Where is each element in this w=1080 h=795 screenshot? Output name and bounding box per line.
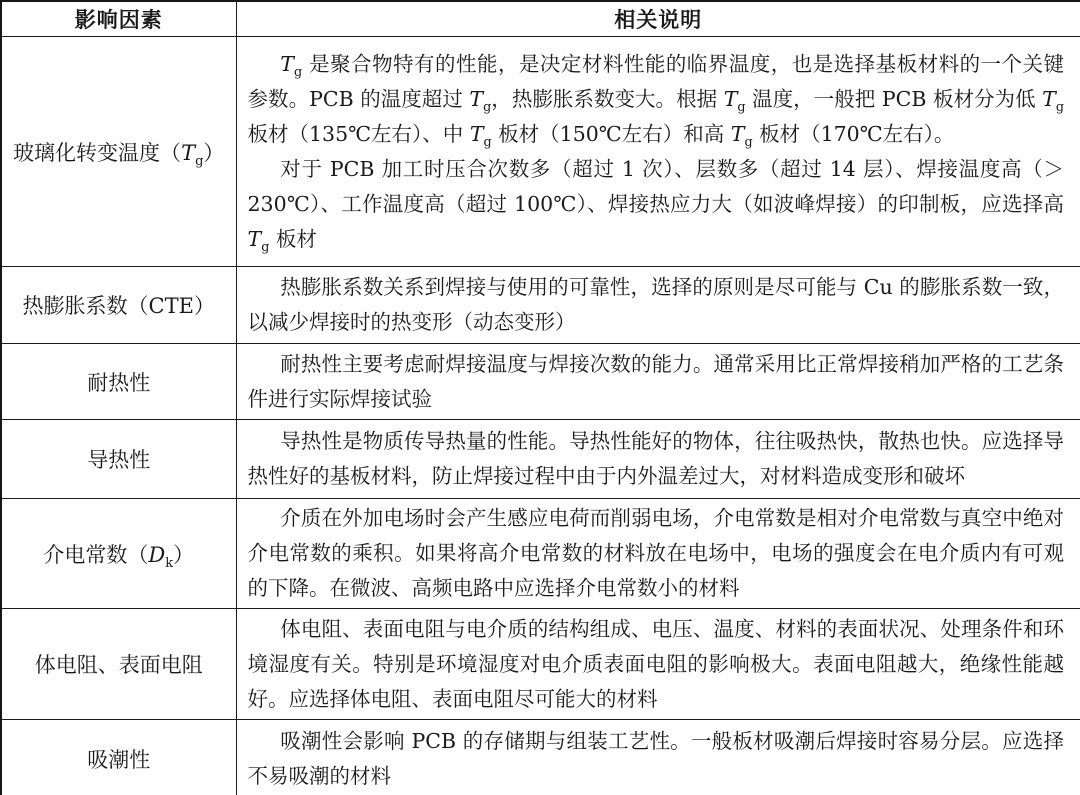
factor-cell: 介电常数（Dk） xyxy=(1,499,236,609)
description-paragraph: 热膨胀系数关系到焊接与使用的可靠性，选择的原则是尽可能与 Cu 的膨胀系数一致，… xyxy=(248,270,1065,340)
header-row: 影响因素 相关说明 xyxy=(1,1,1080,37)
description-paragraph: 介质在外加电场时会产生感应电荷而削弱电场，介电常数是相对介电常数与真空中绝对介电… xyxy=(248,501,1065,606)
description-cell: 热膨胀系数关系到焊接与使用的可靠性，选择的原则是尽可能与 Cu 的膨胀系数一致，… xyxy=(236,267,1080,344)
factor-cell: 体电阻、表面电阻 xyxy=(1,609,236,720)
description-cell: Tg 是聚合物特有的性能，是决定材料性能的临界温度，也是选择基板材料的一个关键参… xyxy=(236,37,1080,267)
description-cell: 介质在外加电场时会产生感应电荷而削弱电场，介电常数是相对介电常数与真空中绝对介电… xyxy=(236,499,1080,609)
description-paragraph: 体电阻、表面电阻与电介质的结构组成、电压、温度、材料的表面状况、处理条件和环境湿… xyxy=(248,612,1065,717)
table-row: 吸潮性 吸潮性会影响 PCB 的存储期与组装工艺性。一般板材吸潮后焊接时容易分层… xyxy=(1,720,1080,795)
factor-cell: 耐热性 xyxy=(1,344,236,420)
table-row: 耐热性 耐热性主要考虑耐焊接温度与焊接次数的能力。通常采用比正常焊接稍加严格的工… xyxy=(1,344,1080,420)
document-page: 影响因素 相关说明 玻璃化转变温度（Tg） Tg 是聚合物特有的性能，是决定材料… xyxy=(0,0,1080,795)
description-cell: 导热性是物质传导热量的性能。导热性能好的物体，往往吸热快，散热也快。应选择导热性… xyxy=(236,420,1080,499)
table-row: 玻璃化转变温度（Tg） Tg 是聚合物特有的性能，是决定材料性能的临界温度，也是… xyxy=(1,37,1080,267)
table-row: 导热性 导热性是物质传导热量的性能。导热性能好的物体，往往吸热快，散热也快。应选… xyxy=(1,420,1080,499)
factor-cell: 导热性 xyxy=(1,420,236,499)
description-paragraph: 吸潮性会影响 PCB 的存储期与组装工艺性。一般板材吸潮后焊接时容易分层。应选择… xyxy=(248,724,1065,794)
header-factor: 影响因素 xyxy=(1,1,236,37)
description-paragraph: 耐热性主要考虑耐焊接温度与焊接次数的能力。通常采用比正常焊接稍加严格的工艺条件进… xyxy=(248,347,1065,417)
description-cell: 耐热性主要考虑耐焊接温度与焊接次数的能力。通常采用比正常焊接稍加严格的工艺条件进… xyxy=(236,344,1080,420)
description-paragraph: 对于 PCB 加工时压合次数多（超过 1 次）、层数多（超过 14 层）、焊接温… xyxy=(248,152,1065,257)
table-row: 体电阻、表面电阻 体电阻、表面电阻与电介质的结构组成、电压、温度、材料的表面状况… xyxy=(1,609,1080,720)
description-paragraph: Tg 是聚合物特有的性能，是决定材料性能的临界温度，也是选择基板材料的一个关键参… xyxy=(248,47,1065,152)
description-paragraph: 导热性是物质传导热量的性能。导热性能好的物体，往往吸热快，散热也快。应选择导热性… xyxy=(248,424,1065,494)
table-row: 介电常数（Dk） 介质在外加电场时会产生感应电荷而削弱电场，介电常数是相对介电常… xyxy=(1,499,1080,609)
description-cell: 体电阻、表面电阻与电介质的结构组成、电压、温度、材料的表面状况、处理条件和环境湿… xyxy=(236,609,1080,720)
header-description: 相关说明 xyxy=(236,1,1080,37)
factor-cell: 玻璃化转变温度（Tg） xyxy=(1,37,236,267)
table-row: 热膨胀系数（CTE） 热膨胀系数关系到焊接与使用的可靠性，选择的原则是尽可能与 … xyxy=(1,267,1080,344)
factor-cell: 吸潮性 xyxy=(1,720,236,795)
factor-cell: 热膨胀系数（CTE） xyxy=(1,267,236,344)
description-cell: 吸潮性会影响 PCB 的存储期与组装工艺性。一般板材吸潮后焊接时容易分层。应选择… xyxy=(236,720,1080,795)
pcb-material-factors-table: 影响因素 相关说明 玻璃化转变温度（Tg） Tg 是聚合物特有的性能，是决定材料… xyxy=(0,0,1080,795)
